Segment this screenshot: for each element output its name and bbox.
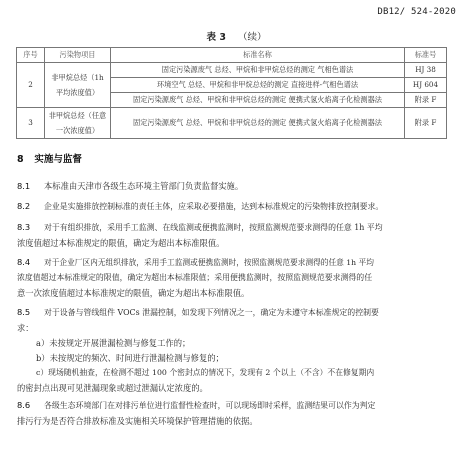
clause-text: 对于设备与管线组件 VOCs 泄漏控制，如发现下列情况之一，确定为未遵守本标准规… (44, 308, 379, 317)
section-number: 8 (17, 154, 31, 165)
table-title-label: 表 3 (207, 29, 226, 43)
list-item-a: a）未按规定开展泄漏检测与修复工作的； (36, 337, 190, 349)
standard-code: HJ 38 (405, 63, 447, 78)
clause-8-5: 8.5对于设备与管线组件 VOCs 泄漏控制，如发现下列情况之一，确定为未遵守本… (17, 307, 379, 318)
table-title-suffix: （续） (238, 29, 267, 43)
row-no: 2 (17, 63, 45, 108)
table-header-row: 序号 污染物项目 标准名称 标准号 (17, 48, 447, 63)
standard-code: 附录 F (405, 108, 447, 139)
row-item: 非甲烷总烃（任意一次浓度值） (45, 108, 111, 139)
col-header-standard-code: 标准号 (405, 48, 447, 63)
col-header-item: 污染物项目 (45, 48, 111, 63)
clause-8-6: 8.6各级生态环境部门在对排污单位进行监督性检查时，可以现场即时采样，监测结果可… (17, 400, 375, 411)
clause-number: 8.6 (17, 400, 44, 410)
clause-text-continuation: 浓度值超过本标准规定的限值，确定为超出本标准限值；采用便携监测时，按照监测规范要… (17, 272, 372, 283)
clause-number: 8.5 (17, 307, 44, 317)
col-header-standard-name: 标准名称 (111, 48, 405, 63)
clause-number: 8.2 (17, 201, 44, 211)
clause-text: 对于有组织排放，采用手工监测、在线监测或便携监测时，按照监测规范要求测得的任意 … (44, 223, 383, 232)
standard-name: 固定污染源废气 总烃、甲烷和非甲烷总烃的测定 便携式氢火焰离子化检测器法 (111, 93, 405, 108)
clause-number: 8.4 (17, 257, 44, 267)
table-row: 2 非甲烷总烃（1h 平均浓度值） 固定污染源废气 总烃、甲烷和非甲烷总烃的测定… (17, 63, 447, 78)
standard-name: 固定污染源废气 总烃、甲烷和非甲烷总烃的测定 气相色谱法 (111, 63, 405, 78)
clause-text-continuation: 浓度值超过本标准规定的限值，确定为超出本标准限值。 (17, 237, 224, 249)
clause-number: 8.1 (17, 181, 44, 191)
clause-8-4: 8.4对于企业厂区内无组织排放，采用手工监测或便携监测时，按照监测规范要求测得的… (17, 257, 374, 268)
standard-name: 环境空气 总烃、甲烷和非甲烷总烃的测定 直接进样-气相色谱法 (111, 78, 405, 93)
standard-code: 附录 F (405, 93, 447, 108)
clause-text: 企业是实施排放控制标准的责任主体，应采取必要措施，达到本标准规定的污染物排放控制… (44, 202, 383, 211)
standard-code: HJ 604 (405, 78, 447, 93)
section-heading: 8 实施与监督 (17, 151, 82, 165)
clause-number: 8.3 (17, 222, 44, 232)
clause-text: 各级生态环境部门在对排污单位进行监督性检查时，可以现场即时采样，监测结果可以作为… (44, 401, 375, 410)
clause-text-continuation: 求： (17, 322, 34, 334)
col-header-no: 序号 (17, 48, 45, 63)
standard-name: 固定污染源废气 总烃、甲烷和非甲烷总烃的测定 便携式氢火焰离子化检测器法 (111, 108, 405, 139)
row-no: 3 (17, 108, 45, 139)
clause-text: 本标准由天津市各级生态环境主管部门负责监督实施。 (44, 181, 243, 191)
clause-text-continuation: 排污行为是否符合排放标准及实施相关环境保护管理措施的依据。 (17, 415, 258, 427)
list-item-b: b）未按规定的频次、时间进行泄漏检测与修复的； (36, 352, 224, 364)
clause-8-2: 8.2企业是实施排放控制标准的责任主体，应采取必要措施，达到本标准规定的污染物排… (17, 201, 383, 212)
clause-text: 对于企业厂区内无组织排放，采用手工监测或便携监测时，按照监测规范要求测得的任意 … (44, 258, 374, 267)
document-code: DB12/ 524-2020 (377, 7, 456, 17)
clause-8-3: 8.3对于有组织排放，采用手工监测、在线监测或便携监测时，按照监测规范要求测得的… (17, 222, 383, 233)
table-row: 3 非甲烷总烃（任意一次浓度值） 固定污染源废气 总烃、甲烷和非甲烷总烃的测定 … (17, 108, 447, 139)
row-item: 非甲烷总烃（1h 平均浓度值） (45, 63, 111, 108)
clause-text-continuation: 意一次浓度值超过本标准规定的限值，确定为超出本标准限值。 (17, 287, 249, 299)
list-item-c: c）现场随机抽查，在检测不超过 100 个密封点的情况下，发现有 2 个以上（不… (36, 367, 374, 378)
list-item-c-continuation: 的密封点出现可见泄漏现象或超过泄漏认定浓度的。 (17, 382, 208, 394)
standards-table: 序号 污染物项目 标准名称 标准号 2 非甲烷总烃（1h 平均浓度值） 固定污染… (16, 47, 447, 139)
table-title: 表 3（续） (0, 29, 473, 43)
clause-8-1: 8.1本标准由天津市各级生态环境主管部门负责监督实施。 (17, 180, 243, 192)
section-title: 实施与监督 (34, 154, 82, 165)
